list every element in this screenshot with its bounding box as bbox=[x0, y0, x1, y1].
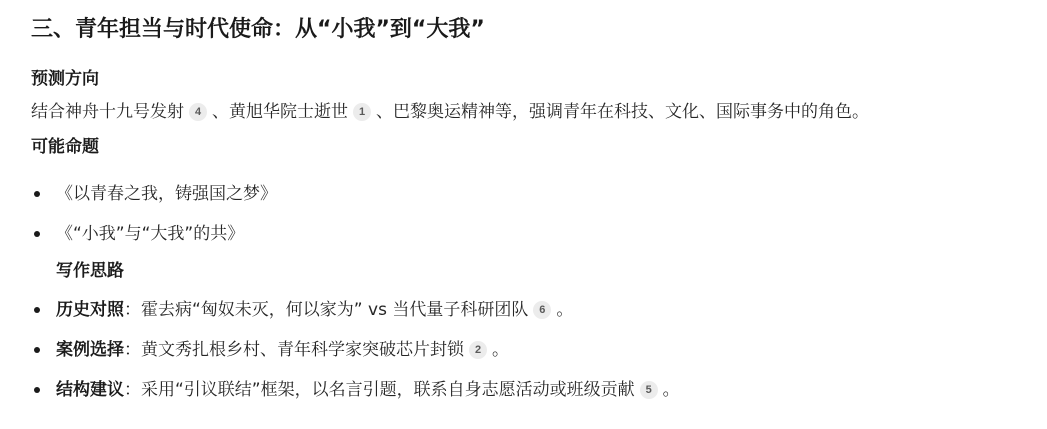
prediction-text-3: 、巴黎奥运精神等，强调青年在科技、文化、国际事务中的角色。 bbox=[376, 102, 869, 122]
writing-title: 写作思路 bbox=[56, 258, 124, 284]
citation-badge[interactable]: 1 bbox=[353, 103, 371, 121]
item-separator: ： bbox=[124, 300, 141, 320]
bullet-icon bbox=[34, 231, 40, 237]
list-item: 结构建议：采用“引议联结”框架，以名言引题，联系自身志愿活动或班级贡献5。 bbox=[31, 376, 680, 404]
item-text: 黄文秀扎根乡村、青年科学家突破芯片封锁 bbox=[141, 340, 464, 360]
item-label: 历史对照 bbox=[56, 300, 124, 320]
item-separator: ： bbox=[124, 340, 141, 360]
topics-list: 《以青春之我，铸强国之梦》 《“小我”与“大我”的共》 bbox=[31, 180, 277, 248]
item-text: 采用“引议联结”框架，以名言引题，联系自身志愿活动或班级贡献 bbox=[141, 380, 635, 400]
writing-list: 历史对照：霍去病“匈奴未灭，何以家为” vs 当代量子科研团队6。 案例选择：黄… bbox=[31, 296, 680, 404]
bullet-icon bbox=[34, 347, 40, 353]
prediction-title: 预测方向 bbox=[31, 66, 99, 92]
bullet-icon bbox=[34, 387, 40, 393]
citation-badge[interactable]: 6 bbox=[533, 301, 551, 319]
topic-text: 《以青春之我，铸强国之梦》 bbox=[56, 184, 277, 204]
list-item: 历史对照：霍去病“匈奴未灭，何以家为” vs 当代量子科研团队6。 bbox=[31, 296, 680, 324]
citation-badge[interactable]: 5 bbox=[640, 381, 658, 399]
bullet-icon bbox=[34, 191, 40, 197]
item-separator: ： bbox=[124, 380, 141, 400]
list-item: 《“小我”与“大我”的共》 bbox=[31, 220, 277, 248]
topics-title: 可能命题 bbox=[31, 134, 99, 160]
item-label: 案例选择 bbox=[56, 340, 124, 360]
bullet-icon bbox=[34, 307, 40, 313]
list-item: 案例选择：黄文秀扎根乡村、青年科学家突破芯片封锁2。 bbox=[31, 336, 680, 364]
section-heading: 三、青年担当与时代使命：从“小我”到“大我” bbox=[31, 14, 485, 46]
item-end: 。 bbox=[663, 380, 680, 400]
citation-badge[interactable]: 2 bbox=[469, 341, 487, 359]
citation-badge[interactable]: 4 bbox=[189, 103, 207, 121]
topic-text: 《“小我”与“大我”的共》 bbox=[56, 224, 244, 244]
item-end: 。 bbox=[492, 340, 509, 360]
prediction-text-1: 结合神舟十九号发射 bbox=[31, 102, 184, 122]
list-item: 《以青春之我，铸强国之梦》 bbox=[31, 180, 277, 208]
item-end: 。 bbox=[556, 300, 573, 320]
item-label: 结构建议 bbox=[56, 380, 124, 400]
prediction-paragraph: 结合神舟十九号发射4、黄旭华院士逝世1、巴黎奥运精神等，强调青年在科技、文化、国… bbox=[31, 98, 869, 126]
item-text: 霍去病“匈奴未灭，何以家为” vs 当代量子科研团队 bbox=[141, 300, 528, 320]
prediction-text-2: 、黄旭华院士逝世 bbox=[212, 102, 348, 122]
